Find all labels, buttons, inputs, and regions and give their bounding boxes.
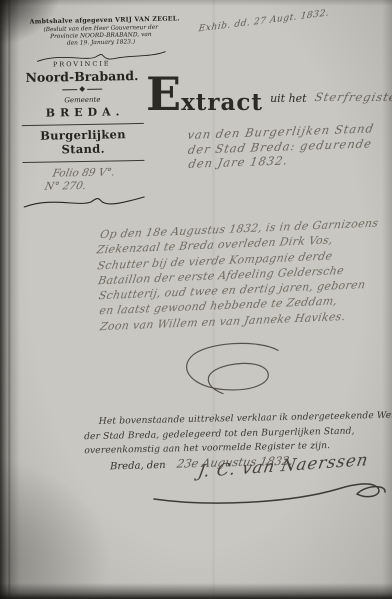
gemeente-name: BREDA. — [18, 105, 148, 120]
act-number: N° 270. — [18, 179, 150, 193]
provincie-name: Noord-Braband. — [17, 68, 147, 85]
paraph-flourish-icon — [168, 340, 286, 402]
extract-connector: uit het — [270, 92, 307, 105]
filing-annotation: Exhib. dd. 27 Augt. 1832. — [198, 4, 368, 35]
gemeente-label: Gemeente — [17, 95, 147, 105]
ornament-divider-icon — [17, 86, 147, 92]
signature-flourish-icon — [150, 477, 390, 507]
place-label: Breda, den — [110, 460, 166, 472]
extract-register-name: Sterfregister — [313, 90, 392, 104]
extract-header: Extract uit het Sterfregister van den Bu… — [146, 72, 392, 169]
act-body: Op den 18e Augustus 1832, is in de Garni… — [96, 215, 392, 335]
stamp-block: Ambtshalve afgegeven VRIJ VAN ZEGEL. (Be… — [30, 16, 173, 66]
folio-number: Folio 89 V°. — [18, 166, 150, 180]
divider-rule — [22, 160, 144, 163]
extract-title: Extract — [146, 72, 263, 125]
extract-subtitle: van den Burgerlijken Stand der Stad Bred… — [145, 121, 392, 173]
document-photo: Ambtshalve afgegeven VRIJ VAN ZEGEL. (Be… — [0, 0, 392, 599]
province-block: PROVINCIE Noord-Braband. Gemeente BREDA.… — [17, 59, 150, 211]
swash-flourish-icon — [22, 193, 146, 211]
divider-rule — [22, 123, 144, 126]
register-title: Burgerlijken Stand. — [18, 127, 148, 157]
